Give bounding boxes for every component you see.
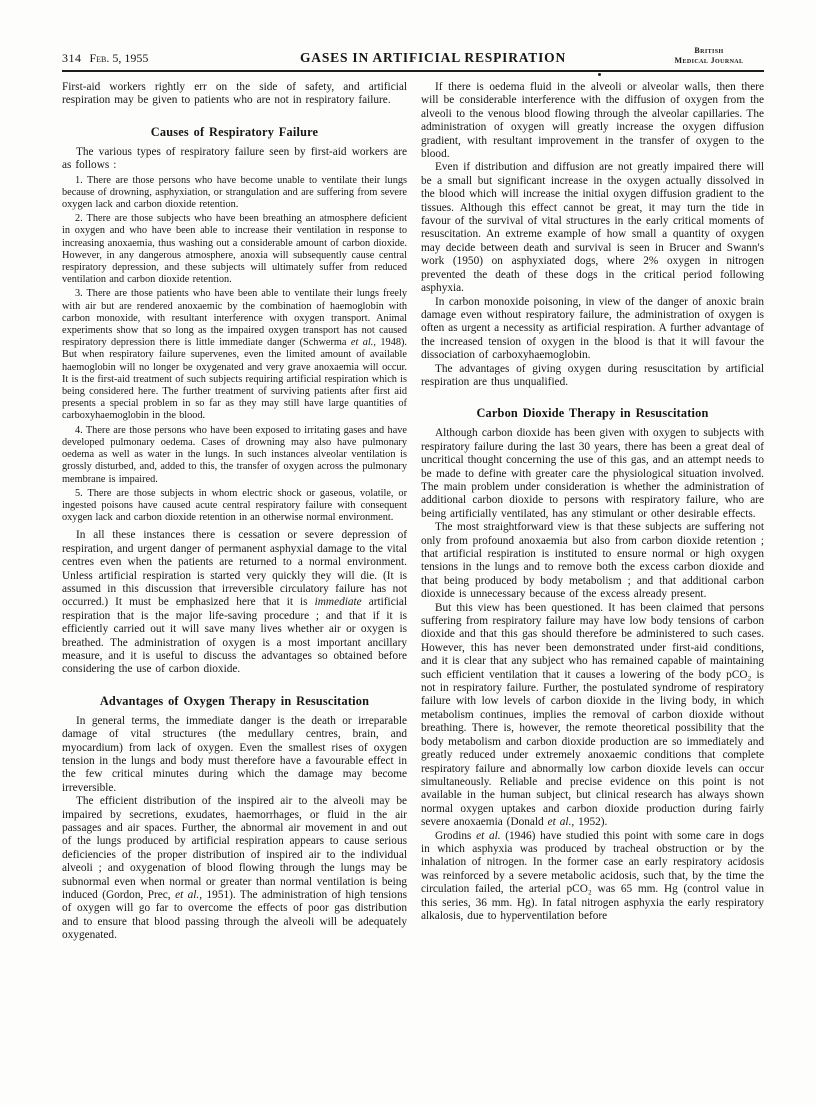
paragraph-co2-2: The most straightforward view is that th… [421,521,764,601]
paragraph-oxygen-1: In general terms, the immediate danger i… [62,715,407,795]
paragraph-co2-4: Grodins et al. (1946) have studied this … [421,830,764,924]
list-item-5: 5. There are those subjects in whom elec… [62,488,407,525]
page-number: 314 [62,51,82,65]
list-item-4: 4. There are those persons who have been… [62,425,407,486]
journal-name-line2: Medical Journal [654,56,764,66]
running-title: GASES IN ARTIFICIAL RESPIRATION [212,50,654,66]
issue-date: Feb. 5, 1955 [90,51,149,65]
ink-dot [598,73,601,76]
paragraph-co-poisoning: In carbon monoxide poisoning, in view of… [421,296,764,363]
paragraph-causes-closing: In all these instances there is cessatio… [62,529,407,676]
paragraph-unqualified: The advantages of giving oxygen during r… [421,363,764,390]
page-info: 314Feb. 5, 1955 [62,51,212,66]
list-item-2: 2. There are those subjects who have bee… [62,213,407,286]
paragraph-co2-3: But this view has been questioned. It ha… [421,602,764,830]
paragraph-co2-1: Although carbon dioxide has been given w… [421,427,764,521]
article-body: First-aid workers rightly err on the sid… [62,81,764,943]
paragraph-causes-lead: The various types of respiratory failure… [62,146,407,173]
journal-page: 314Feb. 5, 1955 GASES IN ARTIFICIAL RESP… [0,0,816,1105]
page-header: 314Feb. 5, 1955 GASES IN ARTIFICIAL RESP… [62,46,764,66]
paragraph-oedema: If there is oedema fluid in the alveoli … [421,81,764,161]
section-heading-oxygen-therapy: Advantages of Oxygen Therapy in Resuscit… [62,694,407,709]
column-right: If there is oedema fluid in the alveoli … [421,81,764,943]
column-left: First-aid workers rightly err on the sid… [62,81,407,943]
paragraph-diffusion: Even if distribution and diffusion are n… [421,161,764,295]
journal-name-line1: British [654,46,764,56]
list-item-1: 1. There are those persons who have beco… [62,175,407,212]
section-heading-causes: Causes of Respiratory Failure [62,125,407,140]
header-rule [62,70,764,72]
section-heading-co2-therapy: Carbon Dioxide Therapy in Resuscitation [421,406,764,421]
paragraph-oxygen-2: The efficient distribution of the inspir… [62,795,407,942]
journal-name: British Medical Journal [654,46,764,66]
list-item-3: 3. There are those patients who have bee… [62,288,407,422]
paragraph-continuation: First-aid workers rightly err on the sid… [62,81,407,108]
